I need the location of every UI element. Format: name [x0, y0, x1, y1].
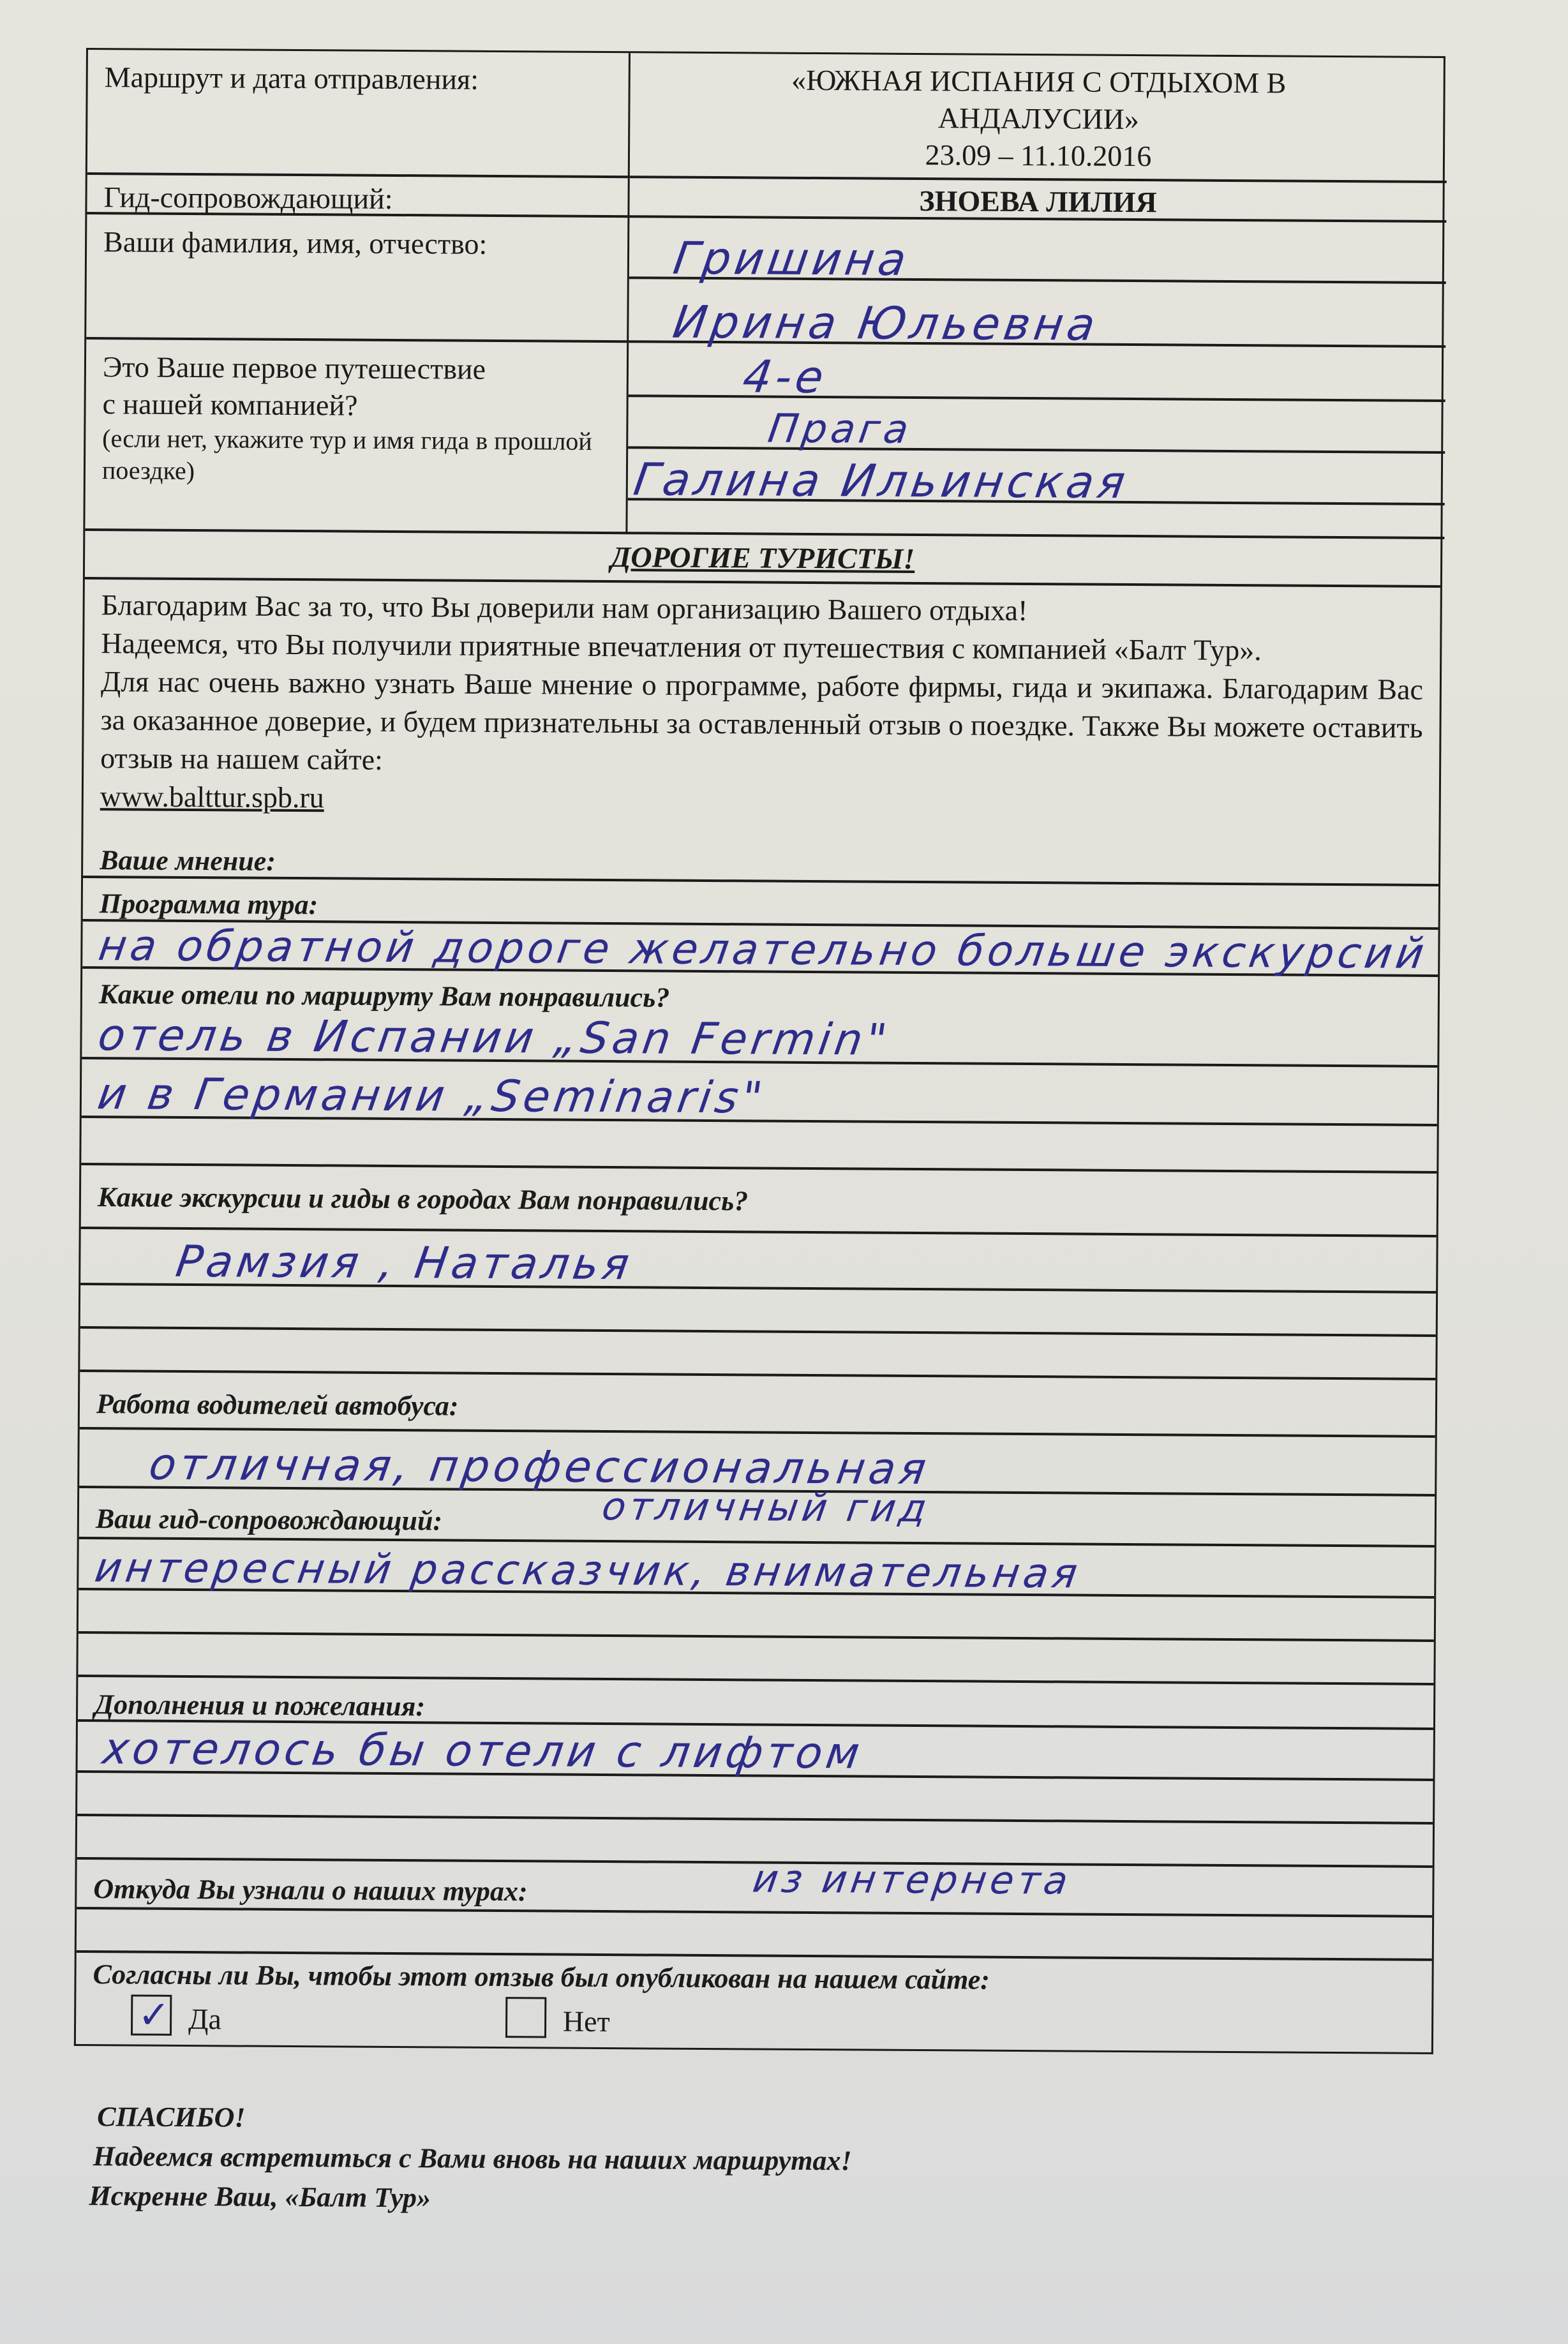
- consent-question: Согласны ли Вы, чтобы этот отзыв был опу…: [93, 1958, 1415, 1999]
- first-trip-line-3[interactable]: Галина Ильинская: [628, 449, 1445, 505]
- excursions-answer-line-2[interactable]: [80, 1285, 1436, 1337]
- guide-answer-line-3[interactable]: [78, 1590, 1434, 1642]
- handwritten-guide-answer-2: интересный рассказчик, внимательная: [92, 1544, 1084, 1597]
- first-trip-line-2[interactable]: Прага: [628, 397, 1445, 454]
- closing-line-2: Искренне Ваш, «Балт Тур»: [89, 2176, 1432, 2224]
- handwritten-source-answer: из интернета: [749, 1849, 1075, 1910]
- intro-text: Благодарим Вас за то, что Вы доверили на…: [83, 579, 1440, 843]
- hotels-answer-line-1[interactable]: отель в Испании „San Fermin": [82, 1012, 1437, 1068]
- name-line-2[interactable]: Ирина Юльевна: [629, 279, 1446, 345]
- source-answer-line-2[interactable]: [77, 1909, 1432, 1961]
- route-title-line1: «ЮЖНАЯ ИСПАНИЯ С ОТДЫХОМ В: [637, 61, 1441, 103]
- hotels-answer-line-2[interactable]: и в Германии „Seminaris": [82, 1059, 1438, 1126]
- handwritten-excursions-answer: Рамзия , Наталья: [173, 1237, 636, 1290]
- handwritten-wishes-answer: хотелось бы отели с лифтом: [100, 1724, 867, 1779]
- drivers-label: Работа водителей автобуса:: [80, 1372, 1436, 1438]
- name-line-1[interactable]: Гришина: [629, 218, 1447, 284]
- consent-no-option[interactable]: Нет: [505, 1997, 610, 2038]
- route-value: «ЮЖНАЯ ИСПАНИЯ С ОТДЫХОМ В АНДАЛУСИИ» 23…: [630, 53, 1447, 183]
- guide-label: Гид-сопровождающий:: [87, 175, 629, 218]
- handwritten-hotels-answer-2: и в Германии „Seminaris": [94, 1069, 769, 1123]
- name-field[interactable]: Гришина Ирина Юльевна: [629, 218, 1446, 348]
- guide-opinion-label-text: Ваш гид-сопровождающий:: [96, 1503, 442, 1536]
- consent-yes-checkbox[interactable]: ✓: [131, 1994, 172, 2035]
- wishes-label: Дополнения и пожелания:: [78, 1677, 1433, 1730]
- feedback-form: Маршрут и дата отправления: «ЮЖНАЯ ИСПАН…: [73, 48, 1445, 2224]
- wishes-answer-line-1[interactable]: хотелось бы отели с лифтом: [77, 1722, 1433, 1781]
- first-trip-line-4[interactable]: [627, 500, 1444, 537]
- handwritten-trip-count: 4-е: [741, 358, 830, 396]
- excursions-answer-line-3[interactable]: [80, 1329, 1435, 1380]
- source-label-text: Откуда Вы узнали о наших турах:: [93, 1873, 528, 1907]
- consent-section: Согласны ли Вы, чтобы этот отзыв был опу…: [76, 1953, 1432, 2052]
- guide-answer-line-4[interactable]: [78, 1634, 1433, 1685]
- guide-opinion-label: Ваш гид-сопровождающий:отличный гид: [79, 1488, 1435, 1548]
- header-table: Маршрут и дата отправления: «ЮЖНАЯ ИСПАН…: [83, 48, 1445, 539]
- first-trip-line-1[interactable]: 4-е: [629, 343, 1445, 402]
- consent-no-label: Нет: [563, 2004, 610, 2038]
- consent-yes-label: Да: [188, 2002, 221, 2036]
- consent-no-checkbox[interactable]: [505, 1997, 546, 2038]
- closing-text: СПАСИБО! Надеемся встретиться с Вами вно…: [73, 2097, 1433, 2224]
- handwritten-given-names: Ирина Юльевна: [671, 304, 1101, 343]
- first-trip-field[interactable]: 4-е Прага Галина Ильинская: [627, 343, 1445, 539]
- first-trip-label: Это Ваше первое путешествие с нашей комп…: [85, 340, 629, 534]
- intro-p3: Для нас очень важно узнать Ваше мнение о…: [100, 662, 1423, 786]
- source-label: Откуда Вы узнали о наших турах:из интерн…: [77, 1860, 1432, 1918]
- handwritten-hotels-answer-1: отель в Испании „San Fermin": [95, 1010, 893, 1066]
- handwritten-prev-tour: Прага: [766, 410, 915, 447]
- website-link[interactable]: www.balttur.spb.ru: [100, 780, 324, 814]
- handwritten-surname: Гришина: [671, 240, 913, 278]
- intro-title: ДОРОГИЕ ТУРИСТЫ!: [85, 531, 1440, 588]
- excursions-label: Какие экскурсии и гиды в городах Вам пон…: [81, 1165, 1437, 1237]
- name-label: Ваши фамилия, имя, отчество:: [86, 214, 629, 343]
- consent-yes-option[interactable]: ✓ Да: [131, 1994, 221, 2036]
- main-section: ДОРОГИЕ ТУРИСТЫ! Благодарим Вас за то, ч…: [74, 531, 1442, 2054]
- route-label: Маршрут и дата отправления:: [87, 50, 631, 178]
- guide-answer-line-2[interactable]: интересный рассказчик, внимательная: [78, 1539, 1434, 1599]
- hotels-answer-line-3[interactable]: [81, 1118, 1437, 1174]
- check-icon: ✓: [138, 1993, 170, 2038]
- intro-title-text: ДОРОГИЕ ТУРИСТЫ!: [611, 541, 915, 575]
- wishes-answer-line-2[interactable]: [77, 1773, 1433, 1825]
- handwritten-guide-answer-1: отличный гид: [598, 1476, 934, 1539]
- route-dates: 23.09 – 11.10.2016: [636, 135, 1440, 177]
- route-title-line2: АНДАЛУСИИ»: [636, 98, 1440, 140]
- guide-value: ЗНОЕВА ЛИЛИЯ: [629, 178, 1446, 223]
- program-answer-line[interactable]: на обратной дороге желательно больше экс…: [82, 922, 1438, 977]
- handwritten-prev-guide: Галина Ильинская: [632, 461, 1131, 501]
- excursions-answer-line-1[interactable]: Рамзия , Наталья: [80, 1229, 1436, 1294]
- first-trip-question-2: с нашей компанией?: [102, 385, 609, 426]
- wishes-answer-line-3[interactable]: [77, 1816, 1433, 1868]
- first-trip-question-1: Это Ваше первое путешествие: [103, 348, 610, 389]
- opinion-heading: Ваше мнение:: [83, 835, 1438, 886]
- first-trip-hint: (если нет, укажите тур и имя гида в прош…: [102, 422, 610, 489]
